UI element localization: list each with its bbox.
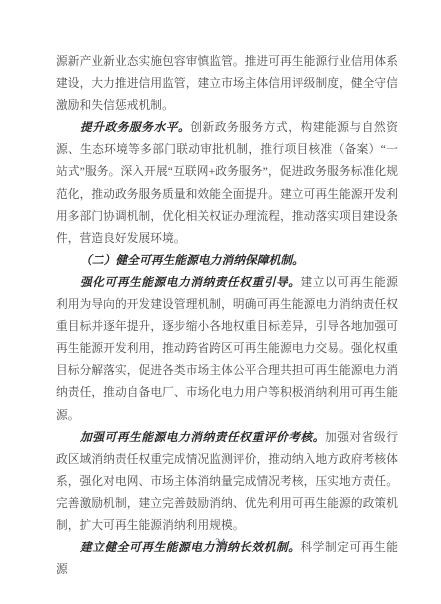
document-text-block: 源新产业新业态实施包容审慎监管。推进可再生能源行业信用体系建设，大力推进信用监管… (56, 51, 398, 581)
paragraph: 源新产业新业态实施包容审慎监管。推进可再生能源行业信用体系建设，大力推进信用监管… (56, 51, 398, 117)
paragraph: 强化可再生能源电力消纳责任权重引导。建立以可再生能源利用为导向的开发建设管理机制… (56, 272, 398, 427)
section-heading: （二）健全可再生能源电力消纳保障机制。 (56, 250, 398, 272)
document-page: 源新产业新业态实施包容审慎监管。推进可再生能源行业信用体系建设，大力推进信用监管… (0, 0, 441, 604)
paragraph: 提升政务服务水平。创新政务服务方式，构建能源与自然资源、生态环境等多部门联动审批… (56, 117, 398, 250)
paragraph-body: 建立以可再生能源利用为导向的开发建设管理机制，明确可再生能源电力消纳责任权重目标… (56, 276, 398, 422)
paragraph: 加强可再生能源电力消纳责任权重评价考核。加强对省级行政区域消纳责任权重完成情况监… (56, 427, 398, 537)
paragraph-body: 创新政务服务方式，构建能源与自然资源、生态环境等多部门联动审批机制，推行项目核准… (56, 121, 398, 244)
paragraph-body: 源新产业新业态实施包容审慎监管。推进可再生能源行业信用体系建设，大力推进信用监管… (56, 55, 398, 112)
paragraph-lead: （二）健全可再生能源电力消纳保障机制。 (80, 254, 304, 267)
paragraph-lead: 强化可再生能源电力消纳责任权重引导。 (80, 276, 300, 289)
paragraph-lead: 提升政务服务水平。 (80, 121, 190, 134)
paragraph-lead: 加强可再生能源电力消纳责任权重评价考核。 (80, 431, 325, 444)
paragraph-body: 加强对省级行政区域消纳责任权重完成情况监测评价，推动纳入地方政府考核体系，强化对… (56, 431, 398, 532)
page-number: 34 (0, 538, 441, 548)
